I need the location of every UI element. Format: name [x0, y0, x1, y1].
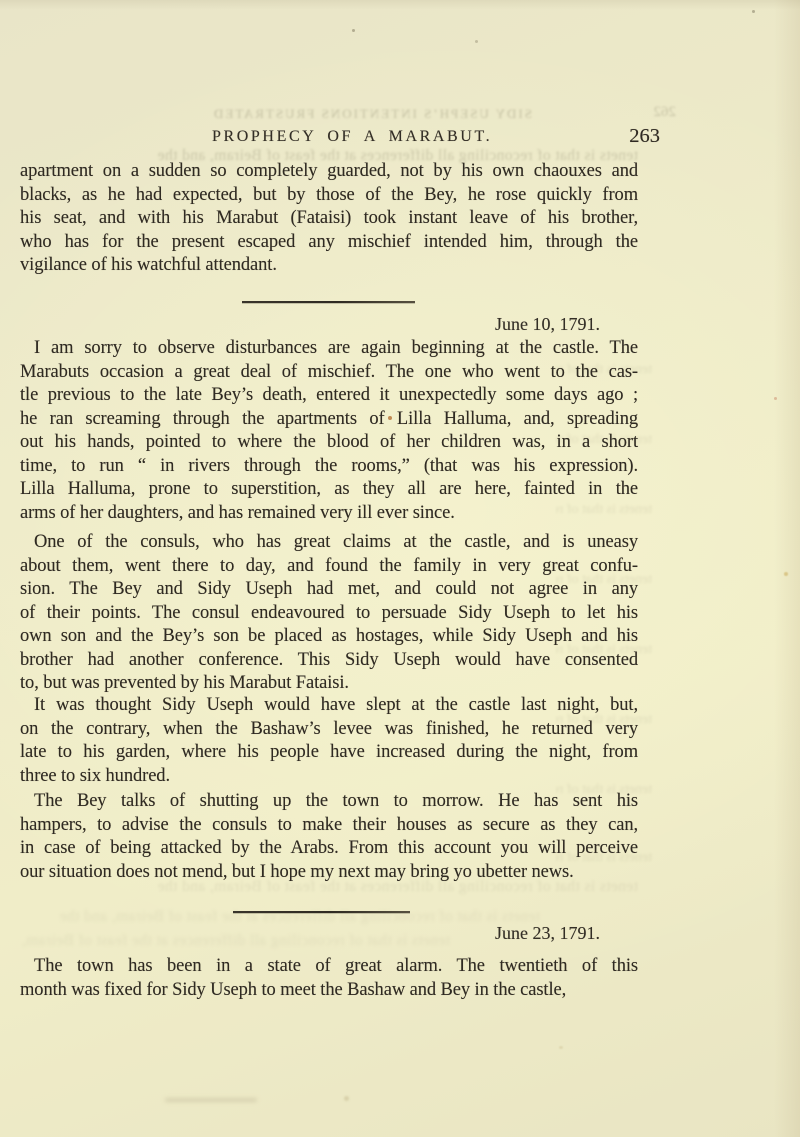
paragraph: I am sorry to observe disturbances are a… — [20, 337, 638, 525]
text-line: One of the consuls, who has great claims… — [20, 531, 638, 555]
page-right-edge-shading — [774, 0, 800, 1137]
text-line: own son and the Bey’s son be placed as h… — [20, 625, 638, 649]
text-line: I am sorry to observe disturbances are a… — [20, 337, 638, 361]
text-line: to, but was prevented by his Marabut Fat… — [20, 672, 638, 696]
text-line: The town has been in a state of great al… — [20, 955, 638, 979]
text-line: blacks, as he had expected, but by those… — [20, 184, 638, 208]
text-line: brother had another conference. This Sid… — [20, 649, 638, 673]
text-line: our situation does not mend, but I hope … — [20, 861, 638, 885]
page-top-edge-shading — [0, 0, 800, 10]
entry-date-june-23: June 23, 1791. — [20, 923, 600, 944]
foxing-speck — [774, 397, 777, 400]
bleedthrough-page-number: 262 — [640, 104, 676, 121]
text-line: of their points. The consul endeavoured … — [20, 602, 638, 626]
text-line: hampers, to advise the consuls to make t… — [20, 814, 638, 838]
entry-date-june-10: June 10, 1791. — [20, 314, 600, 335]
text-line: he ran screaming through the apartments … — [20, 408, 638, 432]
text-line: The Bey talks of shutting up the town to… — [20, 790, 638, 814]
entry-divider-rule — [242, 301, 415, 303]
text-line: It was thought Sidy Useph would have sle… — [20, 694, 638, 718]
text-line: time, to run “ in rivers through the roo… — [20, 455, 638, 479]
paragraph: The town has been in a state of great al… — [20, 955, 638, 1002]
text-line: on the contrary, when the Bashaw’s levee… — [20, 718, 638, 742]
text-line: vigilance of his watchful attendant. — [20, 254, 638, 278]
text-line: late to his garden, where his people hav… — [20, 741, 638, 765]
paragraph: One of the consuls, who has great claims… — [20, 531, 638, 696]
foxing-speck — [784, 572, 788, 576]
running-head-row: PROPHECY OF A MARABUT. 263 — [20, 128, 660, 152]
foxing-speck — [352, 29, 355, 32]
foxing-speck — [559, 1046, 563, 1049]
text-line: out his hands, pointed to where the bloo… — [20, 431, 638, 455]
text-line: three to six hundred. — [20, 765, 638, 789]
page-title: PROPHECY OF A MARABUT. — [212, 128, 492, 146]
text-line: Lilla Halluma, prone to superstition, as… — [20, 478, 638, 502]
page-number: 263 — [629, 125, 660, 148]
text-line: about them, went there to day, and found… — [20, 555, 638, 579]
paper-smudge — [165, 1098, 257, 1102]
text-line: apartment on a sudden so completely guar… — [20, 160, 638, 184]
paragraph-continuation: apartment on a sudden so completely guar… — [20, 160, 638, 278]
text-line: month was fixed for Sidy Useph to meet t… — [20, 979, 638, 1003]
text-line: his seat, and with his Marabut (Fataisi)… — [20, 207, 638, 231]
text-line: sion. The Bey and Sidy Useph had met, an… — [20, 578, 638, 602]
foxing-speck — [752, 10, 755, 13]
book-page-scan: SIDY USEPH’S INTENTIONS FRUSTRATED 262 t… — [0, 0, 800, 1137]
text-line: tle previous to the late Bey’s death, en… — [20, 384, 638, 408]
text-line: in case of being attacked by the Arabs. … — [20, 837, 638, 861]
entry-divider-rule — [233, 911, 410, 913]
foxing-speck — [344, 1096, 349, 1101]
foxing-speck — [475, 40, 478, 43]
text-line: arms of her daughters, and has remained … — [20, 502, 638, 526]
paragraph: The Bey talks of shutting up the town to… — [20, 790, 638, 884]
paragraph: It was thought Sidy Useph would have sle… — [20, 694, 638, 788]
bleedthrough-running-head: SIDY USEPH’S INTENTIONS FRUSTRATED — [212, 106, 532, 122]
text-line: Marabuts occasion a great deal of mischi… — [20, 361, 638, 385]
text-line: who has for the present escaped any misc… — [20, 231, 638, 255]
